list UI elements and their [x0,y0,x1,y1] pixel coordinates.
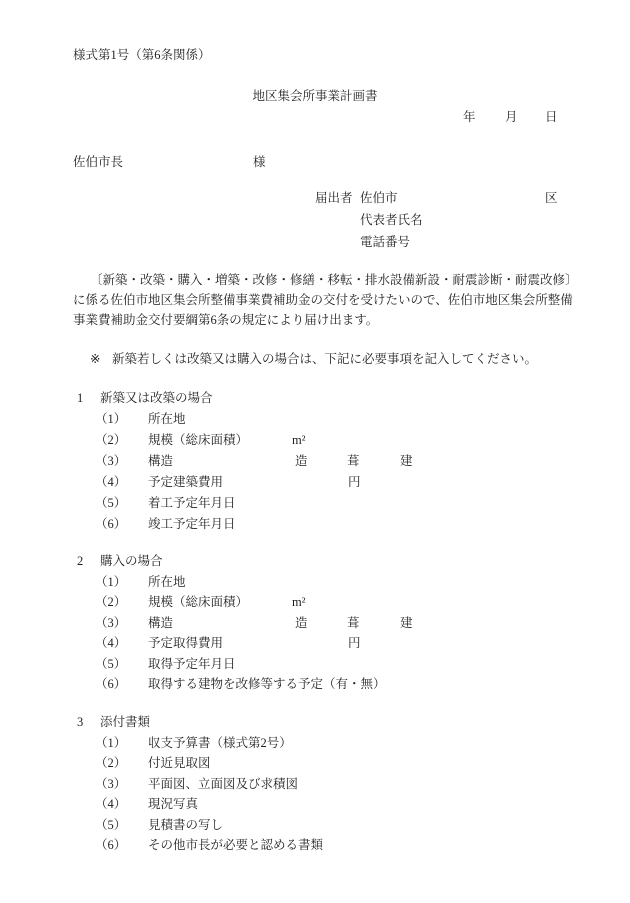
unit-yen: 円 [348,633,361,654]
item-label: 構造 [148,451,173,472]
item-number: （6） [95,835,126,856]
item-number: （4） [95,633,126,654]
item-label: 着工予定年月日 [148,493,236,514]
item-label: 付近見取図 [148,753,211,774]
item-number: （3） [95,774,126,795]
body-line-2: に係る佐伯市地区集会所整備事業費補助金の交付を受けたいので、佐伯市地区集会所整備 [73,290,573,310]
item-row: （5） 取得予定年月日 [73,654,573,675]
month-label: 月 [505,110,518,124]
item-row: （3） 構造 造 葺 建 [73,613,573,634]
unit-stories: 建 [400,613,413,634]
section-heading: 添付書類 [100,712,150,733]
item-row: （6） 竣工予定年月日 [73,514,573,535]
item-number: （5） [95,493,126,514]
phone-row: 電話番号 [0,231,630,253]
applicant-city: 佐伯市 [360,187,398,209]
applicant-ward-suffix: 区 [545,187,558,209]
item-row: （1） 所在地 [73,409,573,430]
item-row: （3） 平面図、立面図及び求積図 [73,774,573,795]
item-number: （4） [95,472,126,493]
section-heading-row: 2 購入の場合 [73,551,573,572]
year-label: 年 [463,110,476,124]
note-text: 新築若しくは改築又は購入の場合は、下記に必要事項を記入してください。 [112,352,537,366]
body-line-3: 事業費補助金交付要綱第6条の規定により届け出ます。 [73,310,573,330]
item-row: （6） その他市長が必要と認める書類 [73,835,573,856]
unit-roofing: 葺 [347,451,360,472]
section-number: 3 [77,712,83,733]
section-heading: 購入の場合 [100,551,163,572]
form-number: 様式第1号（第6条関係） [73,48,211,62]
item-number: （1） [95,409,126,430]
applicant-block: 届出者 佐伯市 区 代表者氏名 電話番号 [0,187,630,253]
item-row: （5） 見積書の写し [73,815,573,836]
representative-row: 代表者氏名 [0,209,630,231]
section-heading-row: 3 添付書類 [73,712,573,733]
item-row: （2） 規模（総床面積） m² [73,592,573,613]
item-number: （1） [95,572,126,593]
addressee-name: 佐伯市長 [73,155,123,169]
item-number: （4） [95,794,126,815]
unit-square-meters: m² [292,592,305,613]
item-number: （6） [95,674,126,695]
item-number: （5） [95,815,126,836]
item-label: 規模（総床面積） [148,430,248,451]
document-page: 様式第1号（第6条関係） 地区集会所事業計画書 年 月 日 佐伯市長 様 届出者… [0,0,630,903]
item-number: （3） [95,451,126,472]
item-row: （1） 収支予算書（様式第2号） [73,733,573,754]
unit-stories: 建 [400,451,413,472]
unit-square-meters: m² [292,430,305,451]
item-number: （2） [95,430,126,451]
body-paragraph: 〔新築・改築・購入・増築・改修・修繕・移転・排水設備新設・耐震診断・耐震改修〕 … [73,270,573,330]
section-new-construction: 1 新築又は改築の場合 （1） 所在地 （2） 規模（総床面積） m² （3） … [73,388,573,535]
item-label: 平面図、立面図及び求積図 [148,774,298,795]
item-label: 取得する建物を改修等する予定（有・無） [148,674,386,695]
item-number: （3） [95,613,126,634]
item-label: 予定建築費用 [148,472,223,493]
note-marker: ※ [90,352,100,366]
section-heading: 新築又は改築の場合 [100,388,213,409]
unit-structure: 造 [295,613,308,634]
unit-yen: 円 [348,472,361,493]
item-label: 取得予定年月日 [148,654,236,675]
item-label: 構造 [148,613,173,634]
section-number: 1 [77,388,83,409]
item-row: （1） 所在地 [73,572,573,593]
section-heading-row: 1 新築又は改築の場合 [73,388,573,409]
unit-roofing: 葺 [347,613,360,634]
item-number: （2） [95,592,126,613]
section-number: 2 [77,551,83,572]
section-attachments: 3 添付書類 （1） 収支予算書（様式第2号） （2） 付近見取図 （3） 平面… [73,712,573,856]
applicant-label: 届出者 [315,187,353,209]
representative-label: 代表者氏名 [360,209,423,231]
item-number: （6） [95,514,126,535]
item-row: （4） 現況写真 [73,794,573,815]
item-label: 所在地 [148,409,186,430]
item-row: （6） 取得する建物を改修等する予定（有・無） [73,674,573,695]
day-label: 日 [545,110,558,124]
item-label: 所在地 [148,572,186,593]
item-number: （5） [95,654,126,675]
addressee-honorific: 様 [253,155,266,169]
item-label: 見積書の写し [148,815,223,836]
section-purchase: 2 購入の場合 （1） 所在地 （2） 規模（総床面積） m² （3） 構造 造… [73,551,573,695]
unit-structure: 造 [295,451,308,472]
item-label: 収支予算書（様式第2号） [148,733,292,754]
item-row: （4） 予定取得費用 円 [73,633,573,654]
phone-label: 電話番号 [360,231,410,253]
body-line-1: 〔新築・改築・購入・増築・改修・修繕・移転・排水設備新設・耐震診断・耐震改修〕 [73,270,573,290]
item-number: （2） [95,753,126,774]
item-number: （1） [95,733,126,754]
item-label: 規模（総床面積） [148,592,248,613]
item-row: （5） 着工予定年月日 [73,493,573,514]
item-row: （3） 構造 造 葺 建 [73,451,573,472]
item-row: （4） 予定建築費用 円 [73,472,573,493]
item-label: その他市長が必要と認める書類 [148,835,323,856]
item-label: 竣工予定年月日 [148,514,236,535]
item-row: （2） 付近見取図 [73,753,573,774]
item-label: 予定取得費用 [148,633,223,654]
applicant-row: 届出者 佐伯市 区 [0,187,630,209]
document-title: 地区集会所事業計画書 [0,89,630,103]
item-label: 現況写真 [148,794,198,815]
item-row: （2） 規模（総床面積） m² [73,430,573,451]
